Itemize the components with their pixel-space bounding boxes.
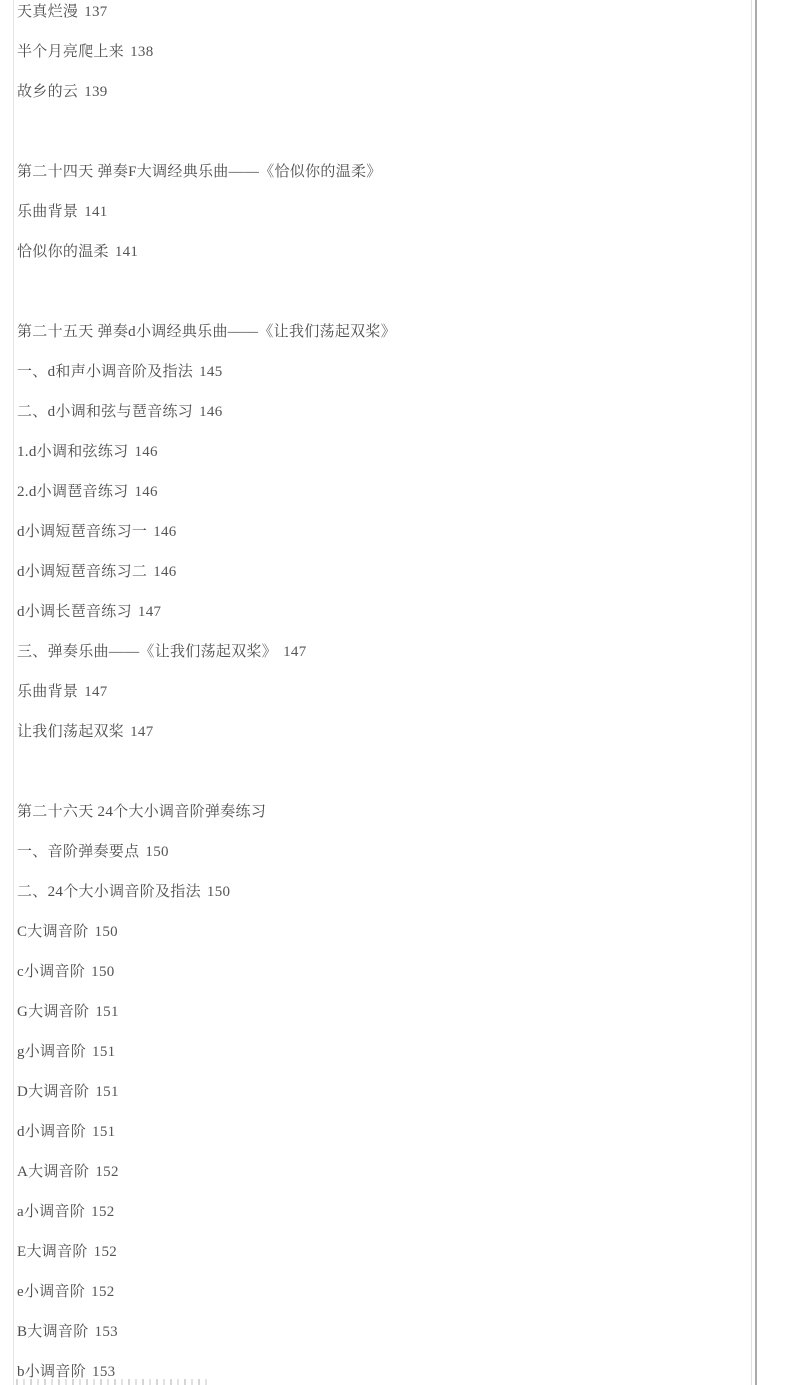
toc-row: 天真烂漫137 xyxy=(17,0,737,32)
toc-entry-label: 恰似你的温柔 xyxy=(17,244,109,260)
toc-entry-label: E大调音阶 xyxy=(17,1244,88,1260)
toc-entry-label: 一、音阶弹奏要点 xyxy=(17,844,139,860)
toc-entry-page: 150 xyxy=(207,884,230,900)
toc-row: 2.d小调琶音练习146 xyxy=(17,472,737,512)
toc-row: 二、24个大小调音阶及指法150 xyxy=(17,872,737,912)
toc-entry-page: 141 xyxy=(84,204,107,220)
toc-entry-page: 153 xyxy=(92,1364,115,1380)
toc-row: d小调长琶音练习147 xyxy=(17,592,737,632)
toc-row: A大调音阶152 xyxy=(17,1152,737,1192)
toc-row: C大调音阶150 xyxy=(17,912,737,952)
content-left-border xyxy=(13,0,14,1385)
toc-entry-label: 第二十五天 弹奏d小调经典乐曲——《让我们荡起双桨》 xyxy=(17,324,396,340)
toc-entry-page: 152 xyxy=(94,1244,117,1260)
toc-entry-label: 第二十六天 24个大小调音阶弹奏练习 xyxy=(17,804,266,820)
toc-entry-page: 151 xyxy=(92,1044,115,1060)
toc-row: 1.d小调和弦练习146 xyxy=(17,432,737,472)
toc-entry-label: 二、24个大小调音阶及指法 xyxy=(17,884,201,900)
toc-row: d小调短琶音练习一146 xyxy=(17,512,737,552)
toc-entry-label: 故乡的云 xyxy=(17,84,78,100)
toc-row: 第二十四天 弹奏F大调经典乐曲——《恰似你的温柔》 xyxy=(17,152,737,192)
toc-row: 乐曲背景147 xyxy=(17,672,737,712)
toc-row: B大调音阶153 xyxy=(17,1312,737,1352)
toc-entry-label: 三、弹奏乐曲——《让我们荡起双桨》 xyxy=(17,644,277,660)
toc-entry-label: 天真烂漫 xyxy=(17,4,78,20)
toc-entry-label: D大调音阶 xyxy=(17,1084,89,1100)
toc-row: 第二十六天 24个大小调音阶弹奏练习 xyxy=(17,792,737,832)
toc-row: 乐曲背景141 xyxy=(17,192,737,232)
toc-entry-label: A大调音阶 xyxy=(17,1164,89,1180)
toc-entry-label: c小调音阶 xyxy=(17,964,85,980)
toc-row: c小调音阶150 xyxy=(17,952,737,992)
toc-entry-page: 151 xyxy=(95,1004,118,1020)
toc-entry-page: 138 xyxy=(130,44,153,60)
toc-entry-label: 让我们荡起双桨 xyxy=(17,724,124,740)
toc-row: 二、d小调和弦与琶音练习146 xyxy=(17,392,737,432)
toc-entry-label: G大调音阶 xyxy=(17,1004,89,1020)
toc-row: g小调音阶151 xyxy=(17,1032,737,1072)
toc-row: 一、音阶弹奏要点150 xyxy=(17,832,737,872)
toc-entry-label: g小调音阶 xyxy=(17,1044,86,1060)
toc-entry-page: 152 xyxy=(91,1284,114,1300)
toc-entry-page: 147 xyxy=(283,644,306,660)
clipped-next-row xyxy=(16,1379,211,1385)
content-right-border xyxy=(751,0,752,1385)
toc-entry-label: a小调音阶 xyxy=(17,1204,85,1220)
toc-entry-page: 147 xyxy=(84,684,107,700)
toc-row: 半个月亮爬上来138 xyxy=(17,32,737,72)
toc-entry-label: b小调音阶 xyxy=(17,1364,86,1380)
toc-entry-label: d小调短琶音练习一 xyxy=(17,524,147,540)
toc-entry-page: 146 xyxy=(153,524,176,540)
toc-entry-label: 乐曲背景 xyxy=(17,684,78,700)
toc-entry-page: 146 xyxy=(153,564,176,580)
toc-row: 恰似你的温柔141 xyxy=(17,232,737,272)
toc-entry-label: 半个月亮爬上来 xyxy=(17,44,124,60)
toc-row: 第二十五天 弹奏d小调经典乐曲——《让我们荡起双桨》 xyxy=(17,312,737,352)
toc-entry-label: 2.d小调琶音练习 xyxy=(17,484,128,500)
scrollbar-line xyxy=(755,0,757,1385)
toc-entry-label: C大调音阶 xyxy=(17,924,89,940)
toc-entry-page: 153 xyxy=(95,1324,118,1340)
toc-row: D大调音阶151 xyxy=(17,1072,737,1112)
toc-entry-label: B大调音阶 xyxy=(17,1324,89,1340)
toc-entry-page: 147 xyxy=(130,724,153,740)
toc-entry-page: 137 xyxy=(84,4,107,20)
toc-entry-page: 150 xyxy=(145,844,168,860)
toc-entry-page: 146 xyxy=(134,484,157,500)
toc-row: 三、弹奏乐曲——《让我们荡起双桨》147 xyxy=(17,632,737,672)
toc-entry-label: d小调音阶 xyxy=(17,1124,86,1140)
toc-entry-page: 150 xyxy=(91,964,114,980)
toc-entry-page: 150 xyxy=(95,924,118,940)
toc-entry-label: 二、d小调和弦与琶音练习 xyxy=(17,404,193,420)
toc-entry-page: 152 xyxy=(95,1164,118,1180)
toc-entry-page: 151 xyxy=(92,1124,115,1140)
toc-entry-label: 第二十四天 弹奏F大调经典乐曲——《恰似你的温柔》 xyxy=(17,164,382,180)
toc-row: 让我们荡起双桨147 xyxy=(17,712,737,752)
toc-entry-page: 151 xyxy=(95,1084,118,1100)
toc-entry-page: 146 xyxy=(134,444,157,460)
toc-entry-page: 145 xyxy=(199,364,222,380)
toc-row: d小调短琶音练习二146 xyxy=(17,552,737,592)
toc-entry-page: 141 xyxy=(115,244,138,260)
toc-row: E大调音阶152 xyxy=(17,1232,737,1272)
toc-entry-label: 乐曲背景 xyxy=(17,204,78,220)
table-of-contents: 天真烂漫137 半个月亮爬上来138 故乡的云139 第二十四天 弹奏F大调经典… xyxy=(17,0,737,1385)
toc-entry-label: d小调短琶音练习二 xyxy=(17,564,147,580)
toc-entry-label: d小调长琶音练习 xyxy=(17,604,132,620)
toc-entry-page: 152 xyxy=(91,1204,114,1220)
toc-entry-label: 一、d和声小调音阶及指法 xyxy=(17,364,193,380)
toc-row: 一、d和声小调音阶及指法145 xyxy=(17,352,737,392)
toc-row: d小调音阶151 xyxy=(17,1112,737,1152)
toc-entry-page: 139 xyxy=(84,84,107,100)
toc-row: a小调音阶152 xyxy=(17,1192,737,1232)
toc-row: 故乡的云139 xyxy=(17,72,737,112)
toc-row: G大调音阶151 xyxy=(17,992,737,1032)
toc-entry-page: 147 xyxy=(138,604,161,620)
toc-entry-page: 146 xyxy=(199,404,222,420)
toc-entry-label: e小调音阶 xyxy=(17,1284,85,1300)
toc-entry-label: 1.d小调和弦练习 xyxy=(17,444,128,460)
toc-row: e小调音阶152 xyxy=(17,1272,737,1312)
